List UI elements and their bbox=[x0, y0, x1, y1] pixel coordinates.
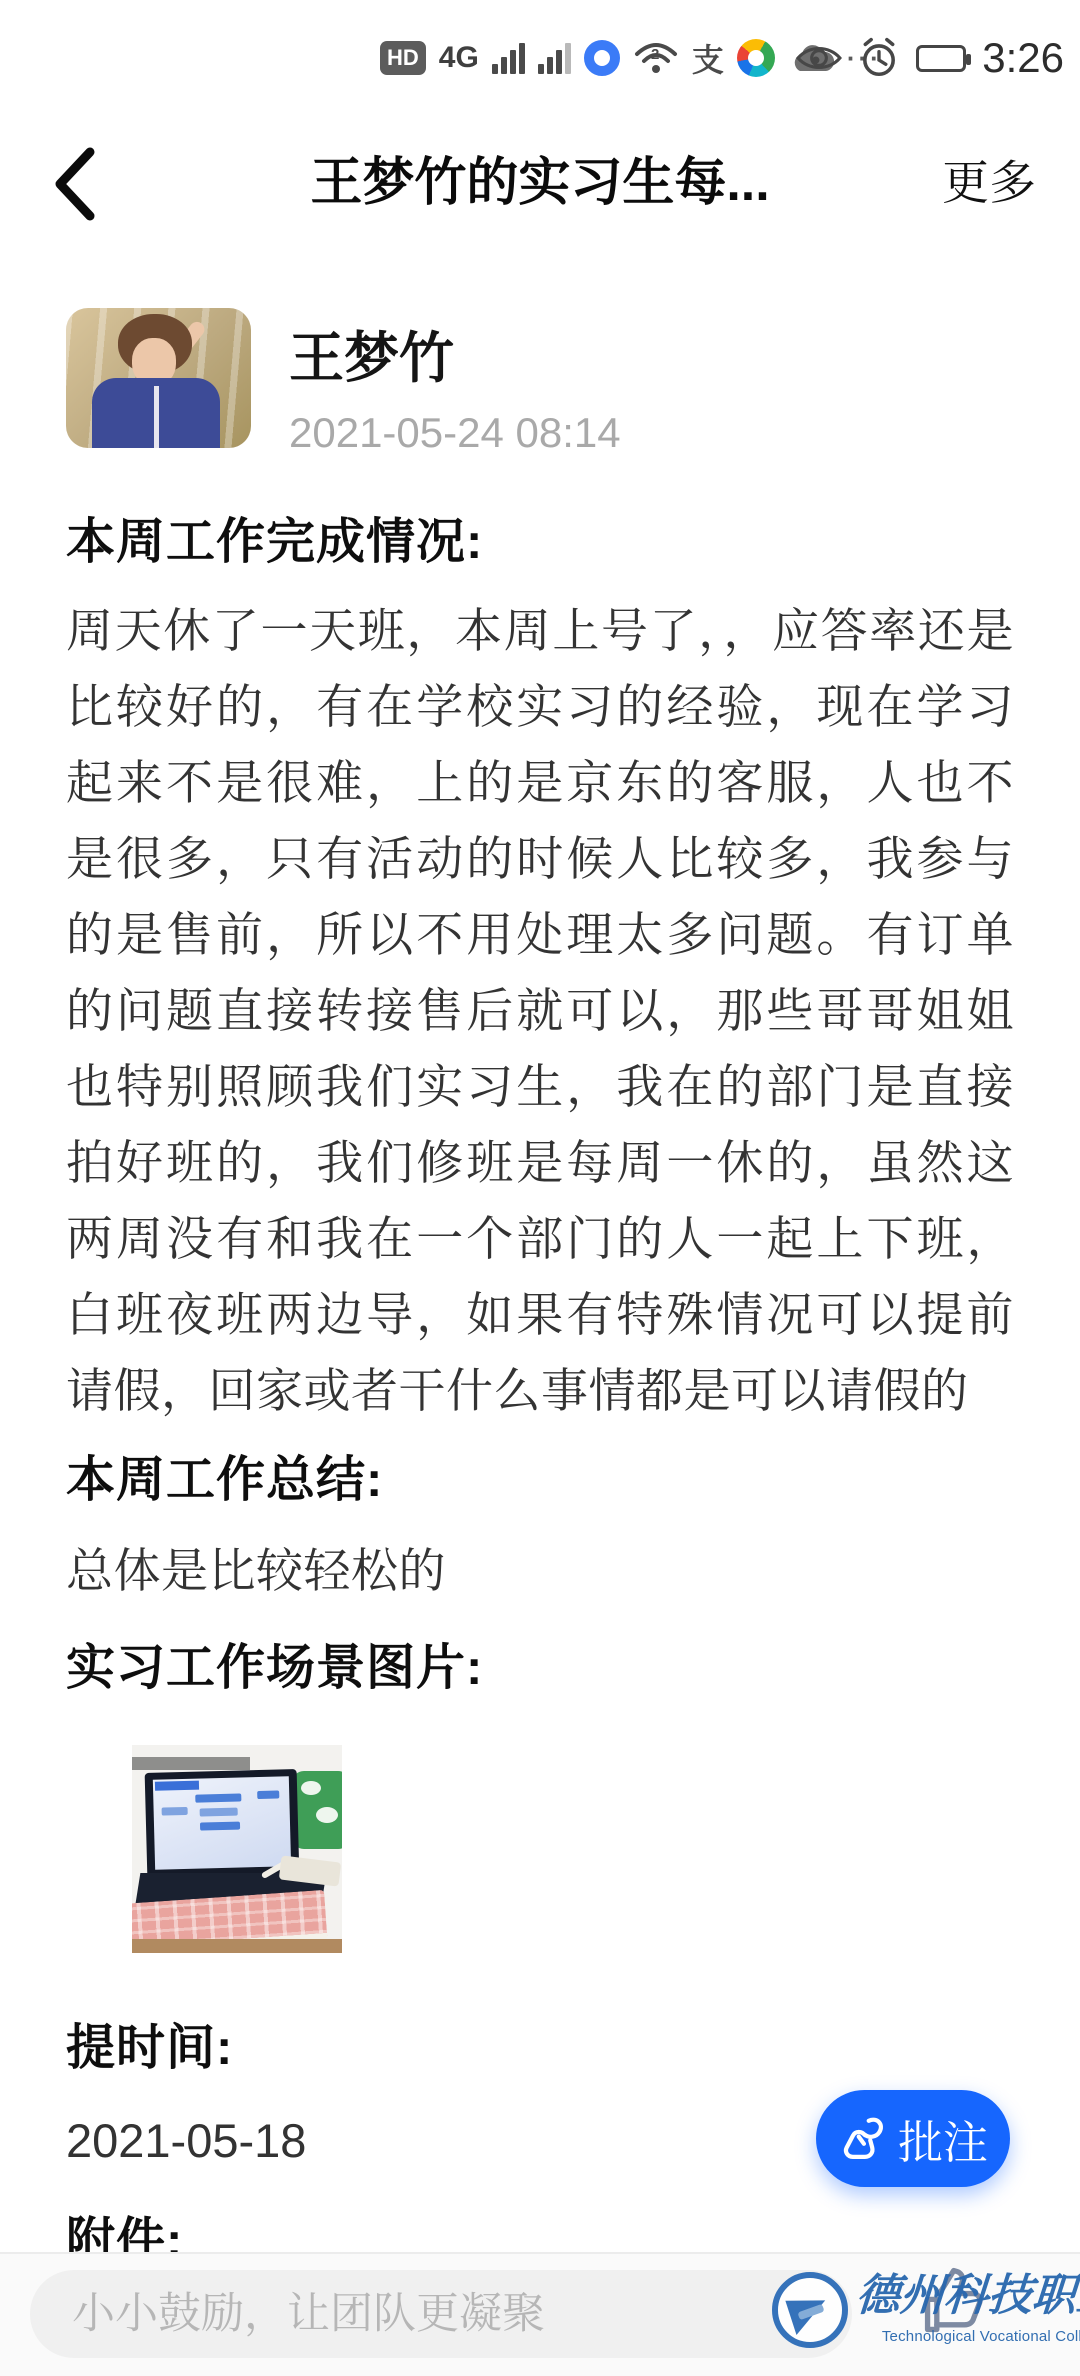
section-title-completion: 本周工作完成情况: bbox=[66, 503, 1014, 573]
gallery-icon bbox=[737, 39, 775, 77]
alarm-clock-icon bbox=[858, 37, 900, 79]
photo-shelf bbox=[132, 1757, 250, 1770]
annotate-button[interactable]: 批注 bbox=[816, 2090, 1010, 2187]
app-ring-icon bbox=[584, 40, 620, 76]
author-meta: 王梦竹 2021-05-24 08:14 bbox=[289, 308, 621, 457]
signal-bars-2-icon bbox=[538, 42, 571, 74]
photo-green-bag bbox=[292, 1771, 342, 1849]
college-watermark: 德州科技职业学院 Technological Vocational Colleg… bbox=[772, 2266, 1074, 2348]
status-bar-right-icons: 3:26 bbox=[796, 34, 1064, 82]
report-content: 王梦竹 2021-05-24 08:14 本周工作完成情况: 周天休了一天班，本… bbox=[66, 308, 1014, 2272]
back-button[interactable] bbox=[52, 144, 122, 224]
svg-text:2: 2 bbox=[651, 46, 659, 63]
hd-badge-icon: HD bbox=[380, 41, 426, 75]
page-title: 王梦竹的实习生每... bbox=[180, 118, 900, 248]
avatar-zipper bbox=[154, 386, 159, 448]
photo-desk bbox=[132, 1939, 342, 1953]
author-name: 王梦竹 bbox=[289, 314, 621, 393]
alipay-icon: 支 bbox=[692, 35, 724, 81]
completion-body: 周天休了一天班，本周上号了，，应答率还是比较好的，有在学校实习的经验，现在学习起… bbox=[66, 593, 1014, 1429]
scene-photo-thumbnail[interactable] bbox=[132, 1745, 342, 1953]
college-name-cn: 德州科技职业学院 bbox=[854, 2266, 1080, 2326]
battery-icon bbox=[916, 45, 966, 72]
wifi-icon: 2 bbox=[633, 40, 679, 76]
eye-comfort-icon bbox=[796, 43, 842, 73]
more-button[interactable]: 更多 bbox=[942, 118, 1036, 248]
app-screen: HD 4G 2 支 ··· bbox=[0, 0, 1080, 2376]
annotate-hand-icon bbox=[838, 2115, 886, 2163]
photo-laptop-screen bbox=[145, 1769, 300, 1879]
summary-body: 总体是比较轻松的 bbox=[66, 1533, 1014, 1609]
network-4g-icon: 4G bbox=[439, 41, 479, 75]
college-watermark-text: 德州科技职业学院 Technological Vocational Colleg… bbox=[856, 2266, 1080, 2345]
section-title-photos: 实习工作场景图片: bbox=[66, 1629, 1014, 1699]
publish-datetime: 2021-05-24 08:14 bbox=[289, 409, 621, 457]
college-name-en: Technological Vocational College of Dezh… bbox=[882, 2328, 1080, 2345]
status-time: 3:26 bbox=[982, 34, 1064, 82]
college-logo-icon bbox=[772, 2272, 848, 2348]
nav-header: 王梦竹的实习生每... 更多 bbox=[0, 118, 1080, 248]
encourage-input[interactable] bbox=[30, 2270, 852, 2358]
signal-bars-icon bbox=[492, 42, 525, 74]
annotate-button-label: 批注 bbox=[898, 2106, 988, 2171]
back-chevron-icon bbox=[52, 146, 96, 222]
author-row: 王梦竹 2021-05-24 08:14 bbox=[66, 308, 1014, 457]
section-title-summary: 本周工作总结: bbox=[66, 1441, 1014, 1511]
status-bar: HD 4G 2 支 ··· bbox=[0, 0, 1080, 92]
avatar[interactable] bbox=[66, 308, 251, 448]
submit-time-label: 提时间: bbox=[66, 2009, 1014, 2079]
